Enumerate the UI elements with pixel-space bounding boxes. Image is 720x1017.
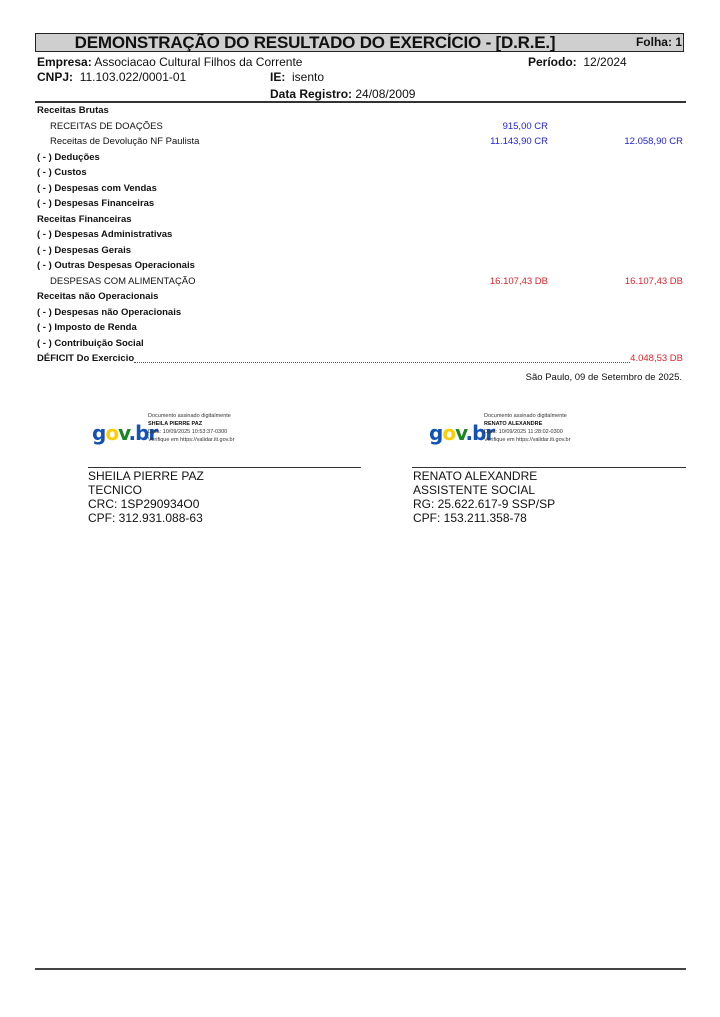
row-label: Receitas Financeiras (37, 213, 132, 226)
cnpj-value: 11.103.022/0001-01 (80, 70, 187, 84)
row-label: ( - ) Despesas com Vendas (37, 182, 157, 195)
stamp-verify-link[interactable]: Verifique em https://validar.iti.gov.br (148, 436, 234, 444)
row-label: ( - ) Despesas Administrativas (37, 228, 172, 241)
row-total: 16.107,43 DB (625, 275, 683, 288)
cnpj-field: CNPJ: 11.103.022/0001-01 (37, 70, 186, 84)
registration-date-label: Data Registro: (270, 87, 352, 101)
signer-role: TECNICO (88, 483, 142, 497)
registration-date-value: 24/08/2009 (355, 87, 415, 101)
signer-cpf: CPF: 312.931.088-63 (88, 511, 203, 525)
stamp-signer-name: RENATO ALEXANDRE (484, 420, 570, 428)
stamp-verify-link[interactable]: Verifique em https://validar.iti.gov.br (484, 436, 570, 444)
digital-signature-stamp: Documento assinado digitalmente SHEILA P… (148, 412, 234, 444)
stamp-date: Data: 10/09/2025 10:53:37-0300 (148, 428, 234, 436)
row-label: RECEITAS DE DOAÇÕES (50, 120, 163, 133)
row-label: ( - ) Despesas Financeiras (37, 197, 154, 210)
period-label: Período: (528, 55, 577, 69)
row-label: ( - ) Deduções (37, 151, 100, 164)
stamp-title: Documento assinado digitalmente (148, 412, 234, 420)
row-label: Receitas Brutas (37, 104, 109, 117)
row-value: 16.107,43 DB (490, 275, 548, 288)
company-value: Associacao Cultural Filhos da Corrente (94, 55, 302, 69)
company-label: Empresa: (37, 55, 92, 69)
sheet-label: Folha: (636, 35, 672, 49)
period-field: Período: 12/2024 (528, 55, 627, 69)
row-label: Receitas de Devolução NF Paulista (50, 135, 199, 148)
ie-field: IE: isento (270, 70, 324, 84)
stamp-date: Data: 10/09/2025 11:28:02-0300 (484, 428, 570, 436)
row-value: 11.143,90 CR (490, 135, 548, 148)
ie-value: isento (292, 70, 324, 84)
row-label: DESPESAS COM ALIMENTAÇÃO (50, 275, 196, 288)
cnpj-label: CNPJ: (37, 70, 73, 84)
signer-name: RENATO ALEXANDRE (413, 469, 537, 483)
company-field: Empresa: Associacao Cultural Filhos da C… (37, 55, 302, 69)
stamp-title: Documento assinado digitalmente (484, 412, 570, 420)
registration-date-field: Data Registro: 24/08/2009 (270, 87, 415, 101)
stamp-signer-name: SHEILA PIERRE PAZ (148, 420, 234, 428)
row-value: 915,00 CR (503, 120, 548, 133)
signer-name: SHEILA PIERRE PAZ (88, 469, 204, 483)
period-value: 12/2024 (583, 55, 626, 69)
result-leader-dots (134, 353, 630, 363)
signature-line (412, 467, 686, 468)
city-date: São Paulo, 09 de Setembro de 2025. (526, 371, 682, 384)
row-label: ( - ) Imposto de Renda (37, 321, 137, 334)
row-total: 12.058,90 CR (624, 135, 683, 148)
signer-cpf: CPF: 153.211.358-78 (413, 511, 527, 525)
row-label: Receitas não Operacionais (37, 290, 158, 303)
footer-divider (35, 968, 686, 970)
signer-document: RG: 25.622.617-9 SSP/SP (413, 497, 555, 511)
signature-line (88, 467, 361, 468)
signer-role: ASSISTENTE SOCIAL (413, 483, 535, 497)
digital-signature-stamp: Documento assinado digitalmente RENATO A… (484, 412, 570, 444)
row-label: ( - ) Despesas não Operacionais (37, 306, 181, 319)
document-title: DEMONSTRAÇÃO DO RESULTADO DO EXERCÍCIO -… (35, 33, 595, 53)
sheet-value: 1 (675, 35, 682, 49)
signer-document: CRC: 1SP290934O0 (88, 497, 199, 511)
row-label: ( - ) Contribuição Social (37, 337, 144, 350)
sheet-number: Folha: 1 (636, 34, 682, 50)
header-divider (35, 101, 686, 103)
row-label: ( - ) Custos (37, 166, 87, 179)
result-label: DÉFICIT Do Exercicio (37, 352, 134, 365)
row-label: ( - ) Despesas Gerais (37, 244, 131, 257)
row-label: ( - ) Outras Despesas Operacionais (37, 259, 195, 272)
result-value: 4.048,53 DB (630, 352, 683, 365)
ie-label: IE: (270, 70, 285, 84)
